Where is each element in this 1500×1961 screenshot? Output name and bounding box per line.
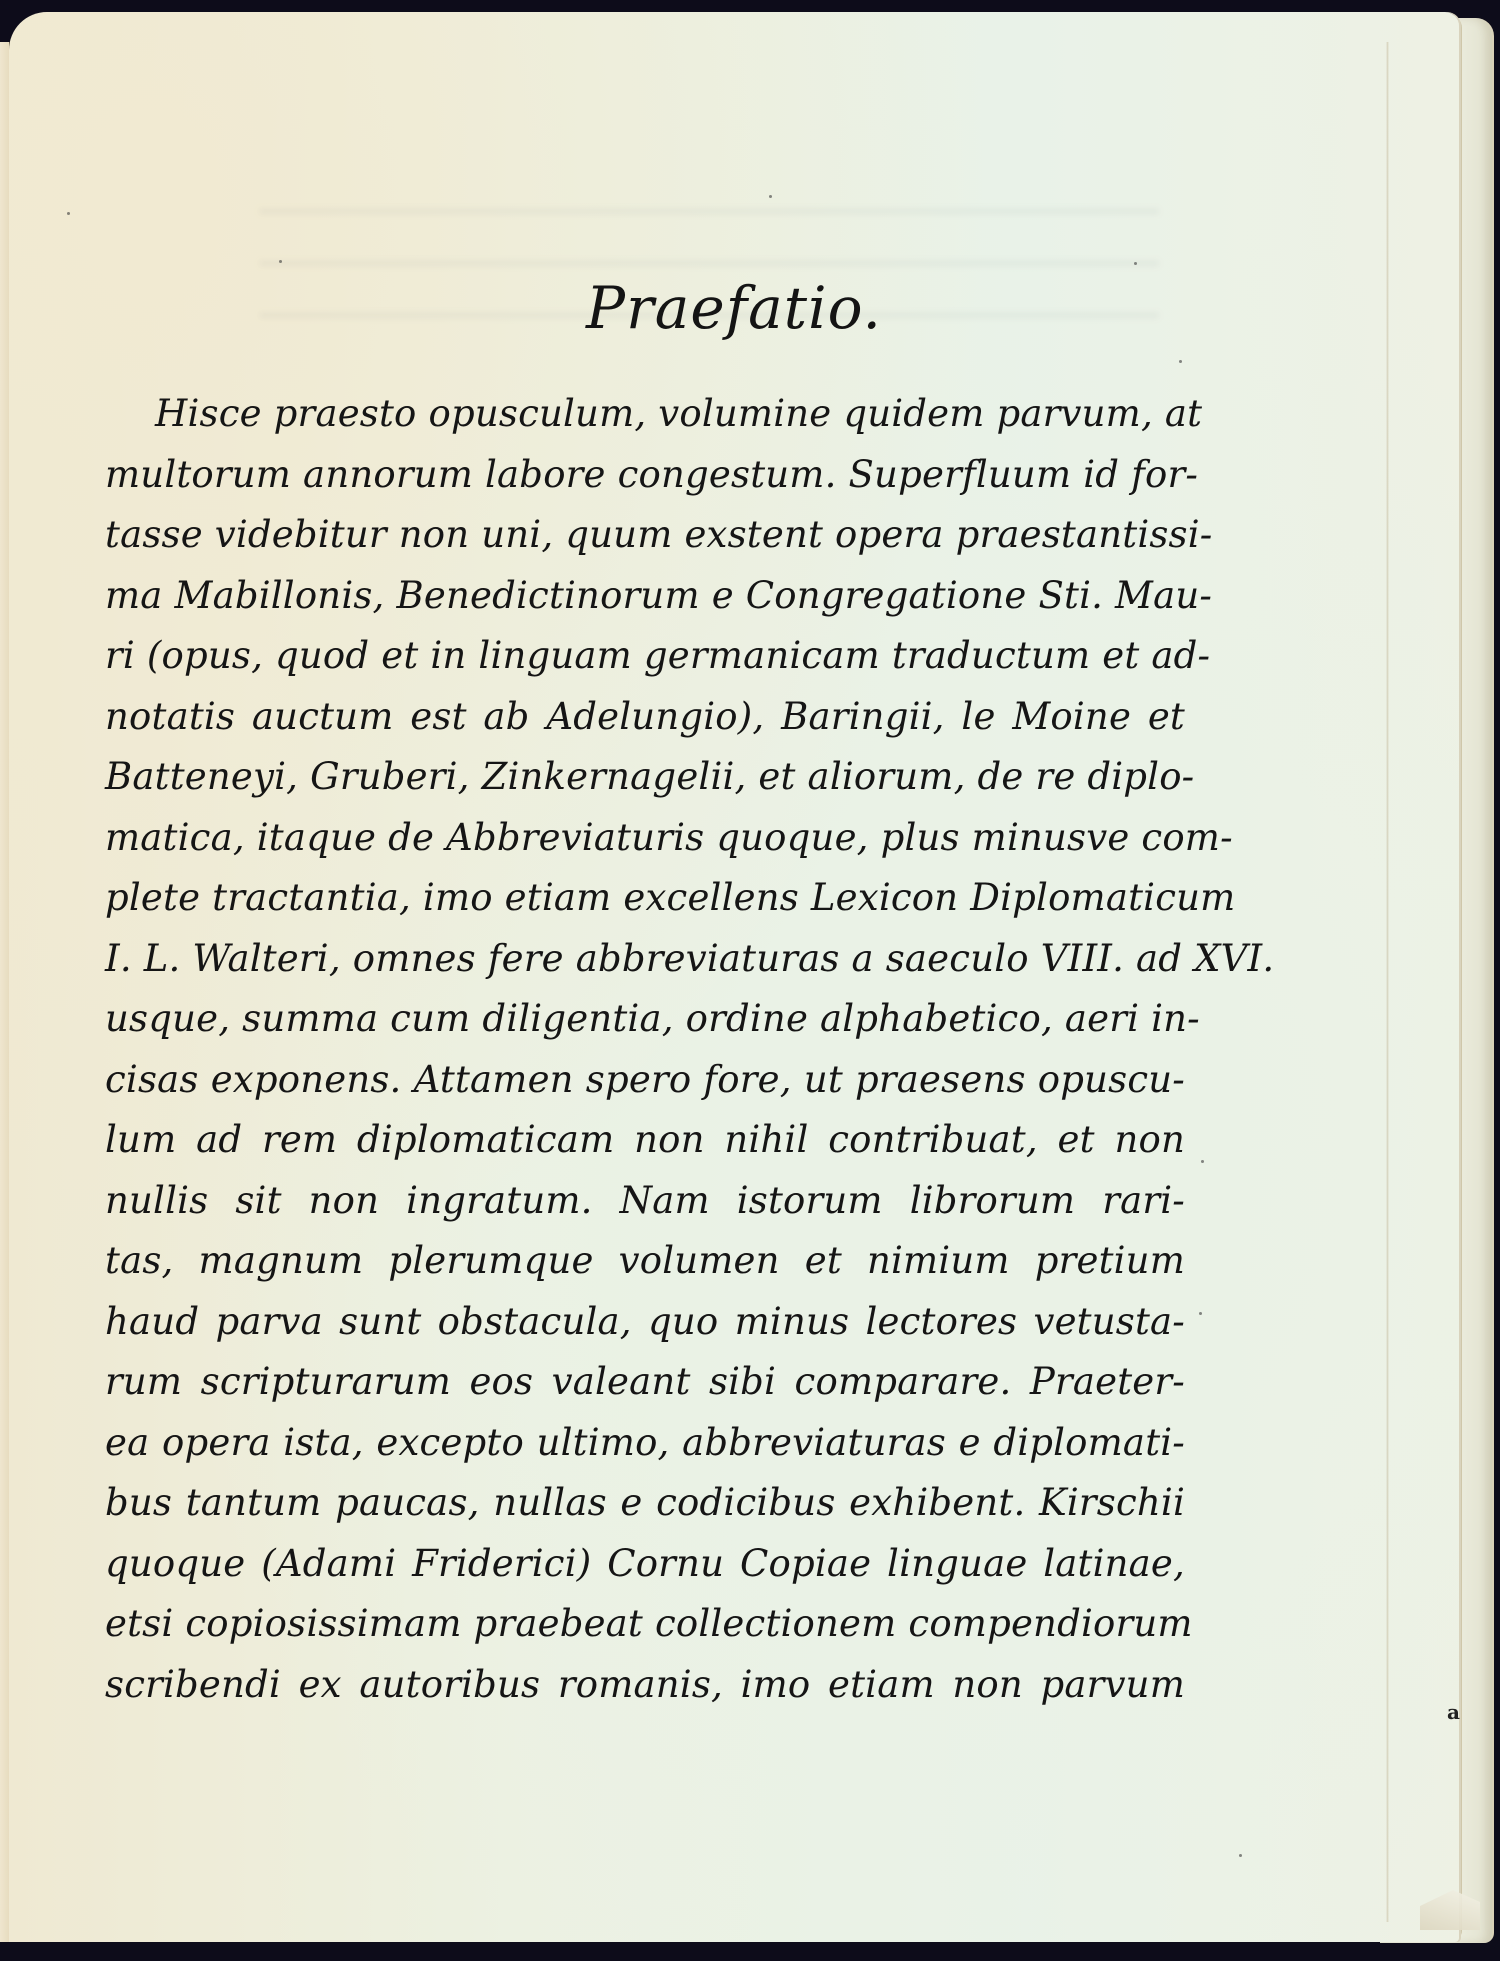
- text-line: quoque (Adami Friderici) Cornu Copiae li…: [105, 1534, 1185, 1595]
- text-line: tasse videbitur non uni, quum exstent op…: [105, 505, 1185, 566]
- paper-speck: [1179, 360, 1182, 363]
- text-line: ri (opus, quod et in linguam germanicam …: [105, 626, 1185, 687]
- signature-letter: a: [1447, 1700, 1460, 1724]
- preface-body: Hisce praesto opusculum, volumine quidem…: [105, 384, 1185, 1715]
- text-line: nullis sit non ingratum. Nam istorum lib…: [105, 1171, 1185, 1232]
- scanned-page-scene: Praefatio. Hisce praesto opusculum, volu…: [0, 0, 1500, 1961]
- paper-speck: [1134, 262, 1137, 265]
- text-line: notatis auctum est ab Adelungio), Baring…: [105, 687, 1185, 748]
- paper-speck: [1239, 1854, 1242, 1857]
- text-line: plete tractantia, imo etiam excellens Le…: [105, 868, 1185, 929]
- paper-speck: [279, 260, 282, 263]
- text-line: multorum annorum labore congestum. Super…: [105, 445, 1185, 506]
- text-line: tas, magnum plerumque volumen et nimium …: [105, 1231, 1185, 1292]
- text-line: Batteneyi, Gruberi, Zinkernagelii, et al…: [105, 747, 1185, 808]
- manuscript-page: Praefatio. Hisce praesto opusculum, volu…: [9, 12, 1459, 1942]
- paper-speck: [1201, 1160, 1204, 1163]
- text-line: ma Mabillonis, Benedictinorum e Congrega…: [105, 566, 1185, 627]
- text-line: cisas exponens. Attamen spero fore, ut p…: [105, 1050, 1185, 1111]
- text-line: lum ad rem diplomaticam non nihil contri…: [105, 1110, 1185, 1171]
- text-line: ea opera ista, excepto ultimo, abbreviat…: [105, 1413, 1185, 1474]
- text-line: Hisce praesto opusculum, volumine quidem…: [105, 384, 1185, 445]
- text-line: haud parva sunt obstacula, quo minus lec…: [105, 1292, 1185, 1353]
- paper-speck: [67, 212, 70, 215]
- text-line: rum scripturarum eos valeant sibi compar…: [105, 1352, 1185, 1413]
- text-line: etsi copiosissimam praebeat collectionem…: [105, 1594, 1185, 1655]
- paper-speck: [1199, 1312, 1202, 1315]
- text-line: bus tantum paucas, nullas e codicibus ex…: [105, 1473, 1185, 1534]
- text-line: I. L. Walteri, omnes fere abbreviaturas …: [105, 929, 1185, 990]
- page-title: Praefatio.: [9, 274, 1459, 342]
- paper-speck: [769, 195, 772, 198]
- text-line: matica, itaque de Abbreviaturis quoque, …: [105, 808, 1185, 869]
- text-line: scribendi ex autoribus romanis, imo etia…: [105, 1655, 1185, 1716]
- text-line: usque, summa cum diligentia, ordine alph…: [105, 989, 1185, 1050]
